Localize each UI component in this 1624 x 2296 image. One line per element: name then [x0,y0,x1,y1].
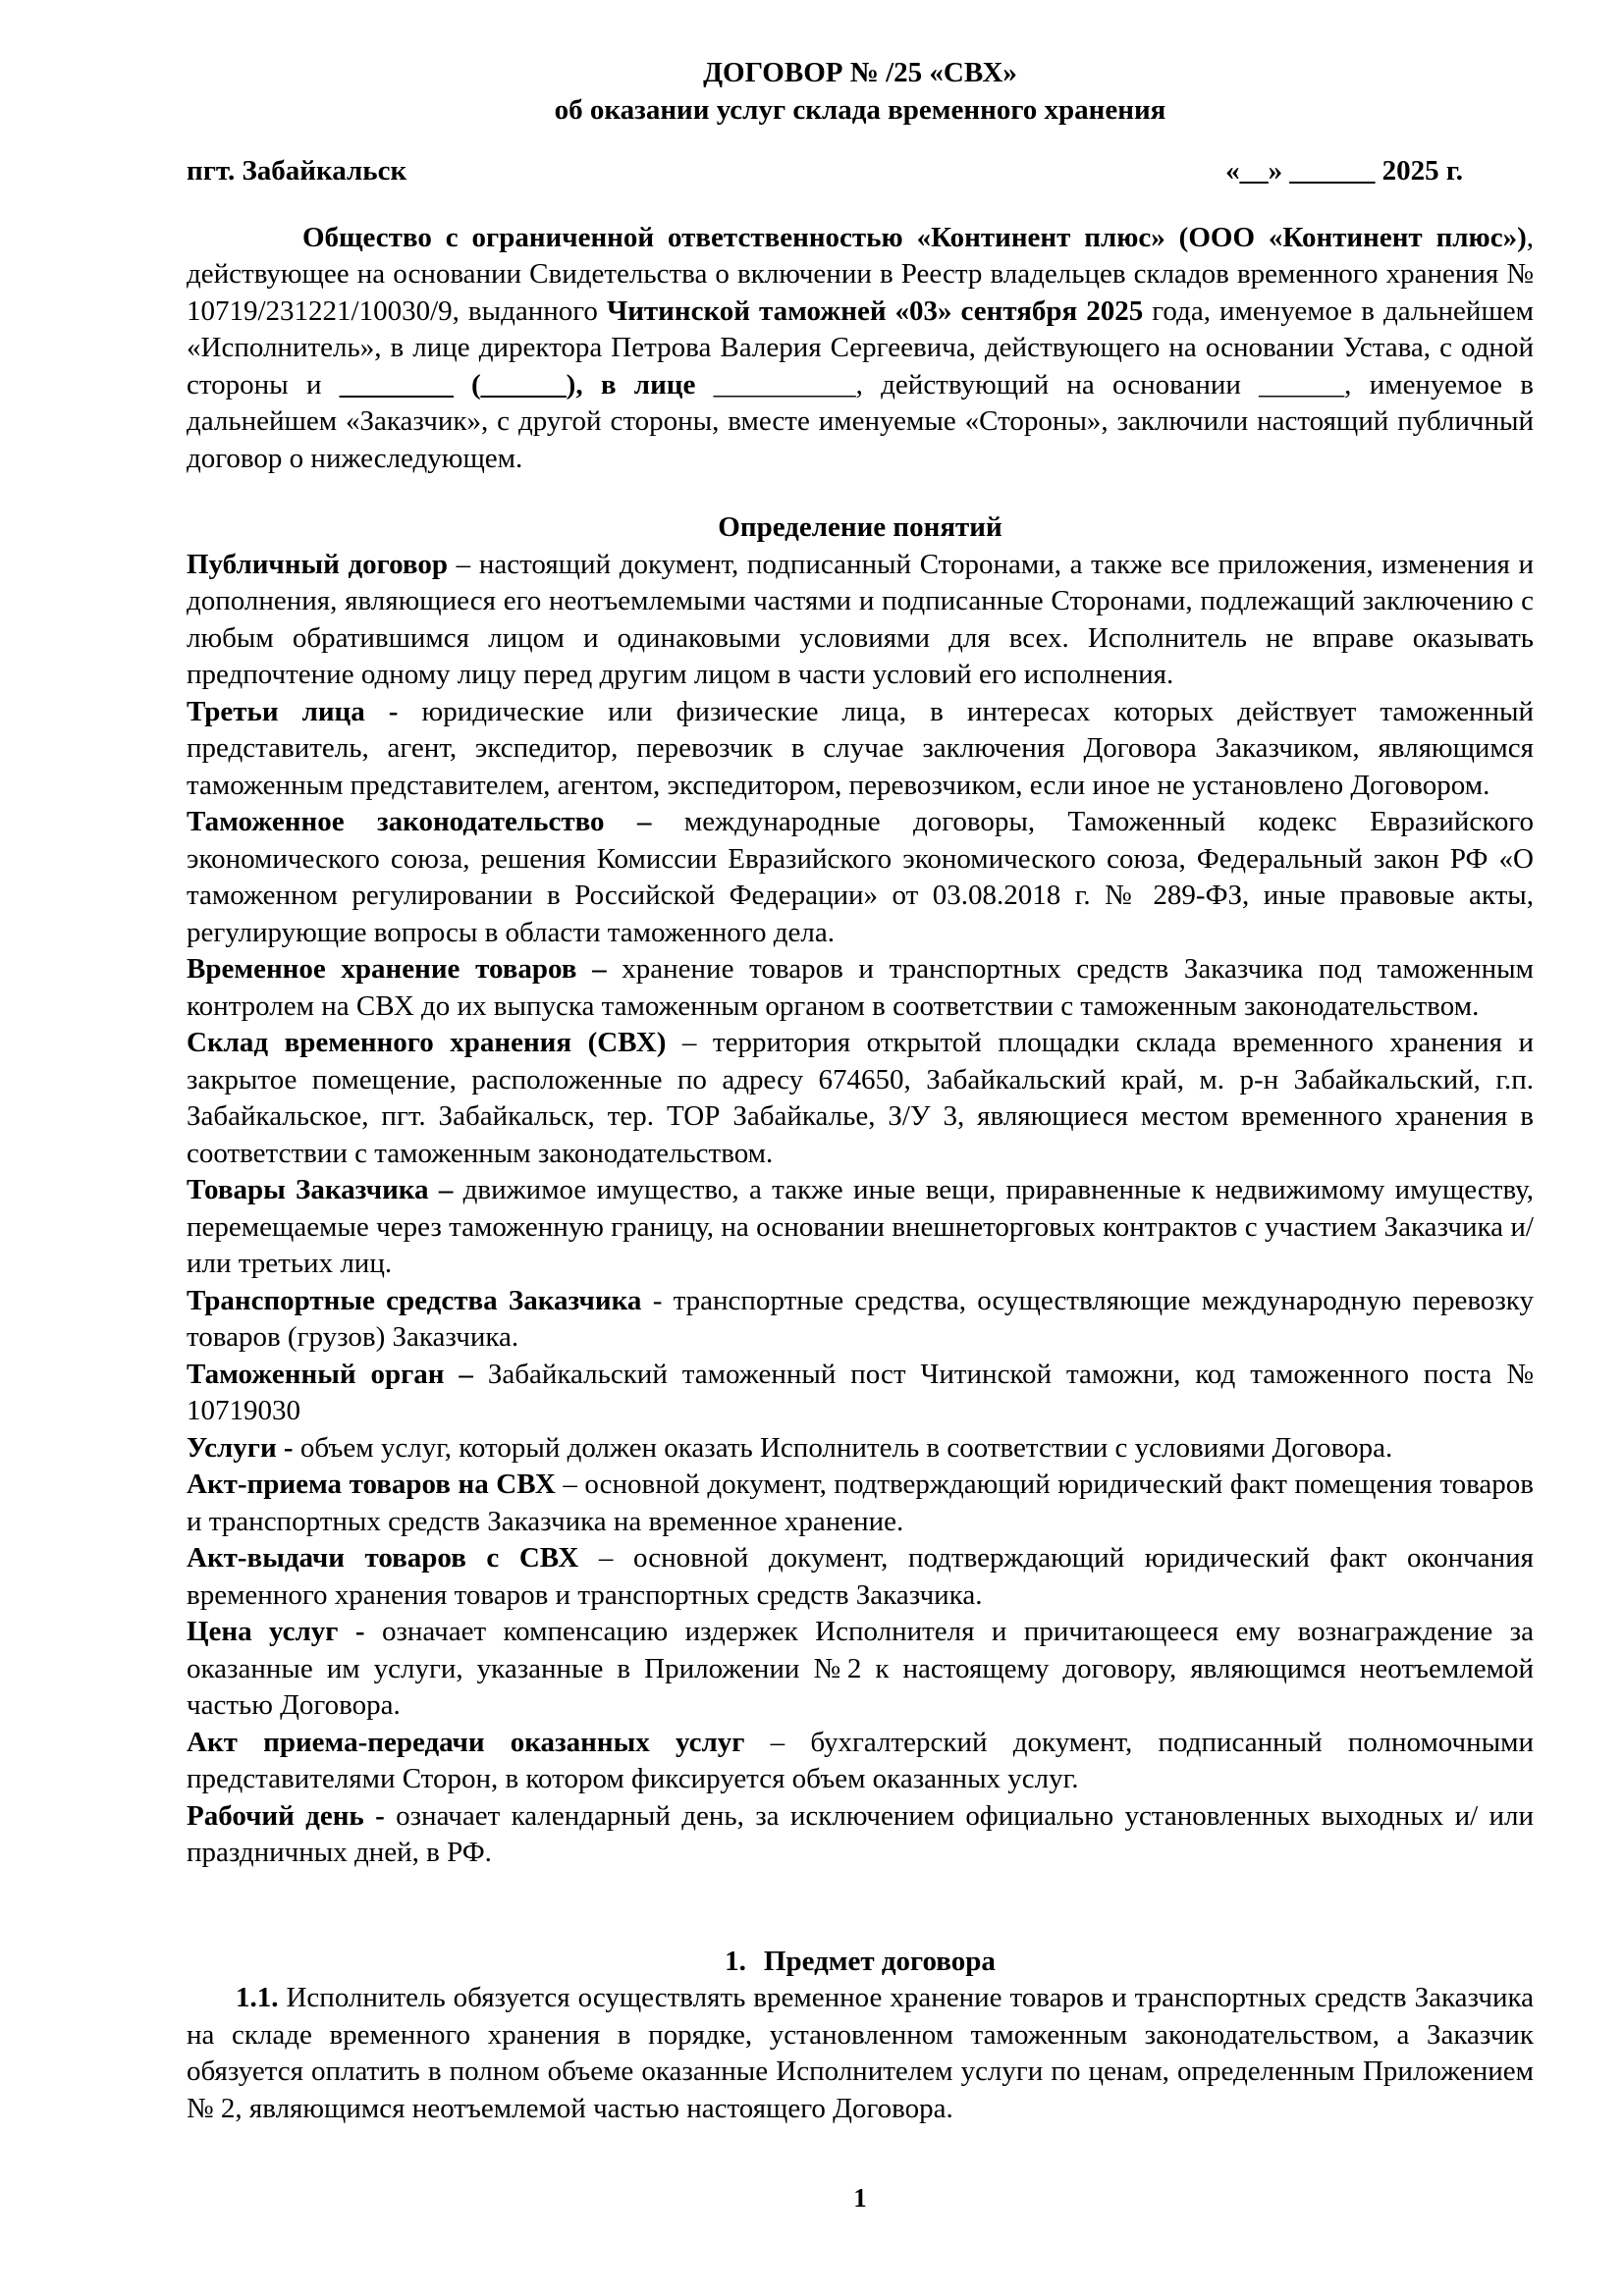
intro-run: ________ (______), в лице [340,369,714,400]
definition-item: Услуги - объем услуг, который должен ока… [187,1430,1534,1468]
definition-item: Временное хранение товаров – хранение то… [187,951,1534,1025]
definition-term: Временное хранение товаров – [187,953,607,985]
definition-term: Таможенное законодательство – [187,806,651,837]
definition-item: Цена услуг - означает компенсацию издерж… [187,1614,1534,1725]
definition-text: объем услуг, который должен оказать Испо… [294,1432,1393,1464]
definition-item: Транспортные средства Заказчика - трансп… [187,1283,1534,1357]
definition-term: Акт-приема товаров на СВХ [187,1468,556,1500]
definition-term: Товары Заказчика – [187,1174,453,1205]
section-1-number: 1. [725,1946,746,1977]
clause-1-1-number: 1.1. [236,1982,279,2013]
definitions-heading: Определение понятий [187,509,1534,547]
definition-term: Цена услуг - [187,1616,365,1647]
definition-text: означает календарный день, за исключение… [187,1800,1534,1869]
definition-term: Таможенный орган – [187,1359,473,1390]
definition-item: Таможенное законодательство – международ… [187,804,1534,951]
definition-item: Акт-выдачи товаров с СВХ – основной доку… [187,1540,1534,1614]
section-1-title: Предмет договора [764,1946,996,1977]
definition-term: Акт приема-передачи оказанных услуг [187,1727,744,1758]
definition-term: Транспортные средства Заказчика [187,1285,641,1316]
definition-term: Акт-выдачи товаров с СВХ [187,1542,578,1574]
place-date-row: пгт. Забайкальск «__» ______ 2025 г. [187,153,1534,190]
definition-item: Публичный договор – настоящий документ, … [187,547,1534,694]
contract-date-blank: «__» ______ 2025 г. [1225,153,1463,190]
definition-text: означает компенсацию издержек Исполнител… [187,1616,1534,1721]
page-number: 1 [187,2183,1534,2213]
definition-term: Рабочий день - [187,1800,385,1832]
contract-place: пгт. Забайкальск [187,153,406,190]
definition-item: Третьи лица - юридические или физические… [187,694,1534,805]
definition-item: Акт приема-передачи оказанных услуг – бу… [187,1725,1534,1798]
contract-subtitle: об оказании услуг склада временного хран… [187,92,1534,130]
definition-item: Склад временного хранения (СВХ) – террит… [187,1025,1534,1172]
definition-term: Склад временного хранения (СВХ) [187,1027,666,1058]
section-1-heading: 1.Предмет договора [187,1944,1534,1981]
contract-page: ДОГОВОР № /25 «СВХ» об оказании услуг ск… [0,0,1624,2127]
definition-item: Таможенный орган – Забайкальский таможен… [187,1357,1534,1430]
intro-run: Общество с ограниченной ответственностью… [302,222,1527,253]
definition-item: Рабочий день - означает календарный день… [187,1798,1534,1872]
definition-term: Третьи лица - [187,696,398,727]
intro-run: Читинской таможней «03» сентября 2025 [607,295,1143,327]
definition-item: Акт-приема товаров на СВХ – основной док… [187,1467,1534,1540]
clause-1-1: 1.1. Исполнитель обязуется осуществлять … [187,1980,1534,2127]
clause-1-1-text: Исполнитель обязуется осуществлять време… [187,1982,1534,2124]
definition-term: Публичный договор [187,549,448,580]
definition-term: Услуги - [187,1432,294,1464]
definition-item: Товары Заказчика – движимое имущество, а… [187,1172,1534,1283]
intro-paragraph: Общество с ограниченной ответственностью… [187,220,1534,478]
contract-title: ДОГОВОР № /25 «СВХ» [187,55,1534,92]
